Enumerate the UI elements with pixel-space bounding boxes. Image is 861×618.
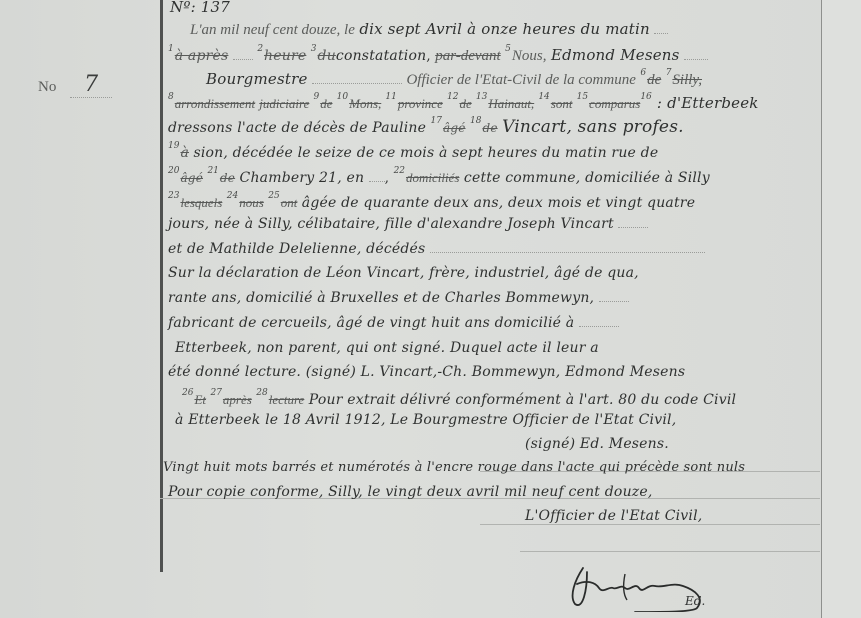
annotation-text: Vingt huit mots barrés et numérotés à l'…	[163, 460, 745, 475]
printed-text: L'an mil neuf cent douze, le	[190, 22, 355, 38]
struck-word: Mons,	[349, 96, 381, 111]
strike-number: 1	[168, 44, 174, 54]
strike-number: 7	[666, 68, 672, 78]
line-4: 8arrondissement judiciaire 9de 10Mons, 1…	[168, 92, 759, 112]
handwritten-text: âgée de quarante deux ans, deux mois et …	[302, 195, 695, 211]
handwritten-text: cette commune, domiciliée à Silly	[464, 170, 710, 186]
strike-number: 2	[257, 44, 263, 54]
strike-number: 3	[311, 44, 317, 54]
margin-number-label: No	[38, 79, 56, 95]
handwritten-text: été donné lecture. (signé) L. Vincart,-C…	[168, 364, 685, 380]
struck-word: arrondissement	[175, 96, 255, 111]
printed-text: Nous,	[512, 48, 547, 64]
strike-number: 26	[182, 388, 193, 398]
struck-word: sont	[551, 96, 573, 111]
handwritten-text: Etterbeek, non parent, qui ont signé. Du…	[175, 340, 599, 356]
struck-word: Et	[194, 392, 206, 407]
line-13: fabricant de cercueils, âgé de vingt hui…	[168, 315, 619, 331]
struck-word: ont	[281, 195, 298, 210]
line-1: L'an mil neuf cent douze, le dix sept Av…	[190, 20, 668, 39]
register-page: No 7 Nº: 137 L'an mil neuf cent douze, l…	[0, 0, 861, 618]
strike-number: 27	[210, 388, 221, 398]
strike-number: 22	[394, 166, 405, 176]
line-21: L'Officier de l'Etat Civil,	[525, 508, 702, 524]
officer-name: Edmond Mesens	[551, 46, 680, 64]
strike-number: 5	[505, 44, 511, 54]
struck-word: par-devant	[435, 48, 501, 64]
strike-number: 19	[168, 141, 179, 151]
rule	[480, 524, 820, 525]
printed-text: Officier de l'Etat-Civil de la commune	[406, 72, 635, 88]
line-7: 20âgé 21de Chambery 21, en , 22domicilié…	[168, 166, 710, 186]
handwritten-text: et de Mathilde Delelienne, décédés	[168, 241, 425, 257]
officer-title: Bourgmestre	[206, 70, 308, 88]
line-2: 1à après 2heure 3duconstatation, par-dev…	[168, 44, 708, 65]
struck-word: de	[320, 96, 332, 111]
record-reference: Nº: 137	[170, 0, 230, 16]
strike-number: 18	[470, 116, 481, 126]
strike-number: 24	[227, 191, 238, 201]
strike-number: 8	[168, 92, 174, 102]
deceased-surname: Vincart, sans profes.	[502, 117, 684, 137]
line-19: Vingt huit mots barrés et numérotés à l'…	[163, 460, 745, 475]
handwritten-text: Chambery 21, en	[240, 170, 365, 186]
line-3: Bourgmestre Officier de l'Etat-Civil de …	[206, 68, 702, 89]
struck-word: de	[647, 72, 661, 88]
adjacent-page-strip	[822, 0, 861, 618]
struck-word: de	[459, 96, 471, 111]
strike-number: 13	[476, 92, 487, 102]
line-11: Sur la déclaration de Léon Vincart, frèr…	[168, 265, 639, 281]
struck-word: lesquels	[180, 195, 222, 210]
line-5: dressons l'acte de décès de Pauline 17âg…	[168, 116, 684, 137]
strike-number: 11	[385, 92, 396, 102]
struck-word: du	[318, 48, 336, 64]
struck-word: âgé	[443, 121, 466, 135]
strike-number: 12	[447, 92, 458, 102]
handwritten-text: sion, décédée le seize de ce mois à sept…	[193, 145, 658, 161]
line-8: 23lesquels 24nous 25ont âgée de quarante…	[168, 191, 695, 211]
strike-number: 20	[168, 166, 179, 176]
handwritten-text: (signé) Ed. Mesens.	[525, 436, 669, 452]
handwritten-text: Pour copie conforme, Silly, le vingt deu…	[168, 484, 653, 500]
line-14: Etterbeek, non parent, qui ont signé. Du…	[175, 340, 599, 356]
margin-rule	[160, 0, 163, 572]
strike-number: 25	[268, 191, 279, 201]
strike-number: 17	[431, 116, 442, 126]
struck-word: domiciliés	[406, 170, 459, 185]
struck-word: de	[482, 121, 497, 135]
signature-initials: Ed.	[685, 594, 705, 608]
struck-word: judiciaire	[259, 96, 309, 111]
line-16: 26Et 27après 28lecture Pour extrait déli…	[182, 388, 736, 408]
strike-number: 15	[577, 92, 588, 102]
margin-number-value: 7	[70, 72, 112, 98]
line-17: à Etterbeek le 18 Avril 1912, Le Bourgme…	[175, 412, 676, 428]
strike-number: 28	[256, 388, 267, 398]
struck-word: de	[220, 171, 235, 185]
line-12: rante ans, domicilié à Bruxelles et de C…	[168, 290, 629, 306]
struck-word: Silly,	[672, 72, 702, 88]
strike-number: 23	[168, 191, 179, 201]
handwritten-text: Sur la déclaration de Léon Vincart, frèr…	[168, 265, 639, 281]
struck-word: après	[223, 392, 252, 407]
handwritten-text: Pour extrait délivré conformément à l'ar…	[309, 392, 736, 408]
handwritten-text: L'Officier de l'Etat Civil,	[525, 508, 702, 524]
handwritten-text: à Etterbeek le 18 Avril 1912, Le Bourgme…	[175, 412, 676, 428]
struck-word: comparus	[589, 96, 640, 111]
struck-word: âgé	[180, 171, 203, 185]
struck-word: à après	[175, 48, 229, 64]
line-9: jours, née à Silly, célibataire, fille d…	[168, 216, 648, 232]
struck-word: nous	[239, 195, 264, 210]
strike-number: 14	[538, 92, 549, 102]
date-handwritten: dix sept Avril à onze heures du matin	[359, 20, 650, 38]
line-6: 19à sion, décédée le seize de ce mois à …	[168, 141, 658, 161]
record-reference-number: Nº: 137	[170, 0, 230, 16]
handwritten-text: constatation	[336, 48, 426, 64]
struck-word: province	[398, 96, 443, 111]
handwritten-text: fabricant de cercueils, âgé de vingt hui…	[168, 315, 574, 331]
struck-word: Hainaut,	[488, 96, 534, 111]
handwritten-text: dressons l'acte de décès de Pauline	[168, 120, 426, 136]
strike-number: 21	[207, 166, 218, 176]
struck-word: heure	[264, 48, 306, 64]
line-18: (signé) Ed. Mesens.	[525, 436, 669, 452]
struck-word: à	[180, 145, 189, 161]
strike-number: 10	[337, 92, 348, 102]
line-10: et de Mathilde Delelienne, décédés	[168, 241, 705, 257]
strike-number: 6	[640, 68, 646, 78]
margin-entry-number: No 7	[38, 72, 112, 97]
strike-number: 9	[314, 92, 320, 102]
rule	[520, 551, 820, 552]
line-15: été donné lecture. (signé) L. Vincart,-C…	[168, 364, 685, 380]
strike-number: 16	[640, 92, 651, 102]
line-20: Pour copie conforme, Silly, le vingt deu…	[168, 484, 653, 500]
struck-word: lecture	[269, 392, 305, 407]
handwritten-text: : d'Etterbeek	[657, 94, 759, 112]
handwritten-text: jours, née à Silly, célibataire, fille d…	[168, 216, 614, 232]
handwritten-text: rante ans, domicilié à Bruxelles et de C…	[168, 290, 594, 306]
